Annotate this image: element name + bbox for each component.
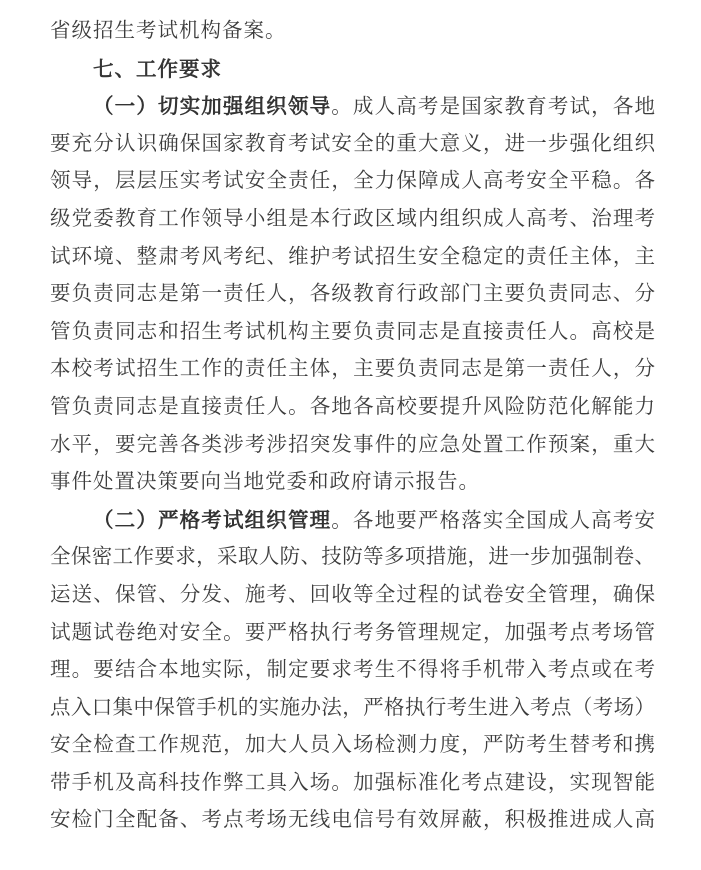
- document-page: 省级招生考试机构备案。七、工作要求（一）切实加强组织领导。成人高考是国家教育考试…: [0, 0, 701, 870]
- line-text: 安全检查工作规范，加大人员入场检测力度，严防考生替考和携: [50, 734, 655, 756]
- text-line: 省级招生考试机构备案。: [50, 13, 655, 51]
- text-line: 试环境、整肃考风考纪、维护考试招生安全稳定的责任主体，主: [50, 239, 655, 277]
- text-line: （二）严格考试组织管理。各地要严格落实全国成人高考安: [50, 502, 655, 540]
- line-text: 点入口集中保管手机的实施办法，严格执行考生进入考点（考场）: [50, 697, 655, 719]
- document-text: 省级招生考试机构备案。七、工作要求（一）切实加强组织领导。成人高考是国家教育考试…: [50, 13, 655, 840]
- line-text: 试题试卷绝对安全。要严格执行考务管理规定，加强考点考场管: [50, 622, 655, 644]
- text-line: 领导，层层压实考试安全责任，全力保障成人高考安全平稳。各: [50, 163, 655, 201]
- line-text: 领导，层层压实考试安全责任，全力保障成人高考安全平稳。各: [50, 170, 655, 192]
- text-line: 带手机及高科技作弊工具入场。加强标准化考点建设，实现智能: [50, 765, 655, 803]
- line-text: 管负责同志是直接责任人。各地各高校要提升风险防范化解能力: [50, 396, 655, 418]
- text-line: 本校考试招生工作的责任主体，主要负责同志是第一责任人，分: [50, 351, 655, 389]
- text-line: 管负责同志和招生考试机构主要负责同志是直接责任人。高校是: [50, 314, 655, 352]
- line-text: 安检门全配备、考点考场无线电信号有效屏蔽，积极推进成人高: [50, 809, 655, 831]
- line-text: 级党委教育工作领导小组是本行政区域内组织成人高考、治理考: [50, 208, 655, 230]
- text-line: 管负责同志是直接责任人。各地各高校要提升风险防范化解能力: [50, 389, 655, 427]
- text-line: 全保密工作要求，采取人防、技防等多项措施，进一步加强制卷、: [50, 539, 655, 577]
- line-text: 。成人高考是国家教育考试，各地: [331, 96, 655, 118]
- text-line: 安检门全配备、考点考场无线电信号有效屏蔽，积极推进成人高: [50, 802, 655, 840]
- line-text: 省级招生考试机构备案。: [50, 20, 287, 42]
- line-text: 全保密工作要求，采取人防、技防等多项措施，进一步加强制卷、: [50, 546, 655, 568]
- paragraph-lead-bold: （二）严格考试组织管理: [93, 509, 331, 532]
- paragraph-lead-bold: （一）切实加强组织领导: [93, 95, 331, 118]
- text-line: （一）切实加强组织领导。成人高考是国家教育考试，各地: [50, 88, 655, 126]
- text-line: 要负责同志是第一责任人，各级教育行政部门主要负责同志、分: [50, 276, 655, 314]
- line-text: 试环境、整肃考风考纪、维护考试招生安全稳定的责任主体，主: [50, 246, 655, 268]
- text-line: 运送、保管、分发、施考、回收等全过程的试卷安全管理，确保: [50, 577, 655, 615]
- text-line: 试题试卷绝对安全。要严格执行考务管理规定，加强考点考场管: [50, 615, 655, 653]
- text-line: 安全检查工作规范，加大人员入场检测力度，严防考生替考和携: [50, 727, 655, 765]
- line-text: 本校考试招生工作的责任主体，主要负责同志是第一责任人，分: [50, 358, 655, 380]
- text-line: 水平，要完善各类涉考涉招突发事件的应急处置工作预案，重大: [50, 427, 655, 465]
- text-line: 点入口集中保管手机的实施办法，严格执行考生进入考点（考场）: [50, 690, 655, 728]
- text-line: 级党委教育工作领导小组是本行政区域内组织成人高考、治理考: [50, 201, 655, 239]
- section-heading: 七、工作要求: [50, 51, 655, 89]
- text-line: 事件处置决策要向当地党委和政府请示报告。: [50, 464, 655, 502]
- line-text: 管负责同志和招生考试机构主要负责同志是直接责任人。高校是: [50, 321, 655, 343]
- line-text: 理。要结合本地实际，制定要求考生不得将手机带入考点或在考: [50, 659, 655, 681]
- line-text: 七、工作要求: [93, 58, 222, 81]
- text-line: 要充分认识确保国家教育考试安全的重大意义，进一步强化组织: [50, 126, 655, 164]
- line-text: 带手机及高科技作弊工具入场。加强标准化考点建设，实现智能: [50, 772, 655, 794]
- line-text: 水平，要完善各类涉考涉招突发事件的应急处置工作预案，重大: [50, 434, 655, 456]
- text-line: 理。要结合本地实际，制定要求考生不得将手机带入考点或在考: [50, 652, 655, 690]
- line-text: 运送、保管、分发、施考、回收等全过程的试卷安全管理，确保: [50, 584, 655, 606]
- line-text: 事件处置决策要向当地党委和政府请示报告。: [50, 471, 480, 493]
- line-text: 要充分认识确保国家教育考试安全的重大意义，进一步强化组织: [50, 133, 655, 155]
- line-text: 。各地要严格落实全国成人高考安: [331, 510, 655, 532]
- line-text: 要负责同志是第一责任人，各级教育行政部门主要负责同志、分: [50, 283, 655, 305]
